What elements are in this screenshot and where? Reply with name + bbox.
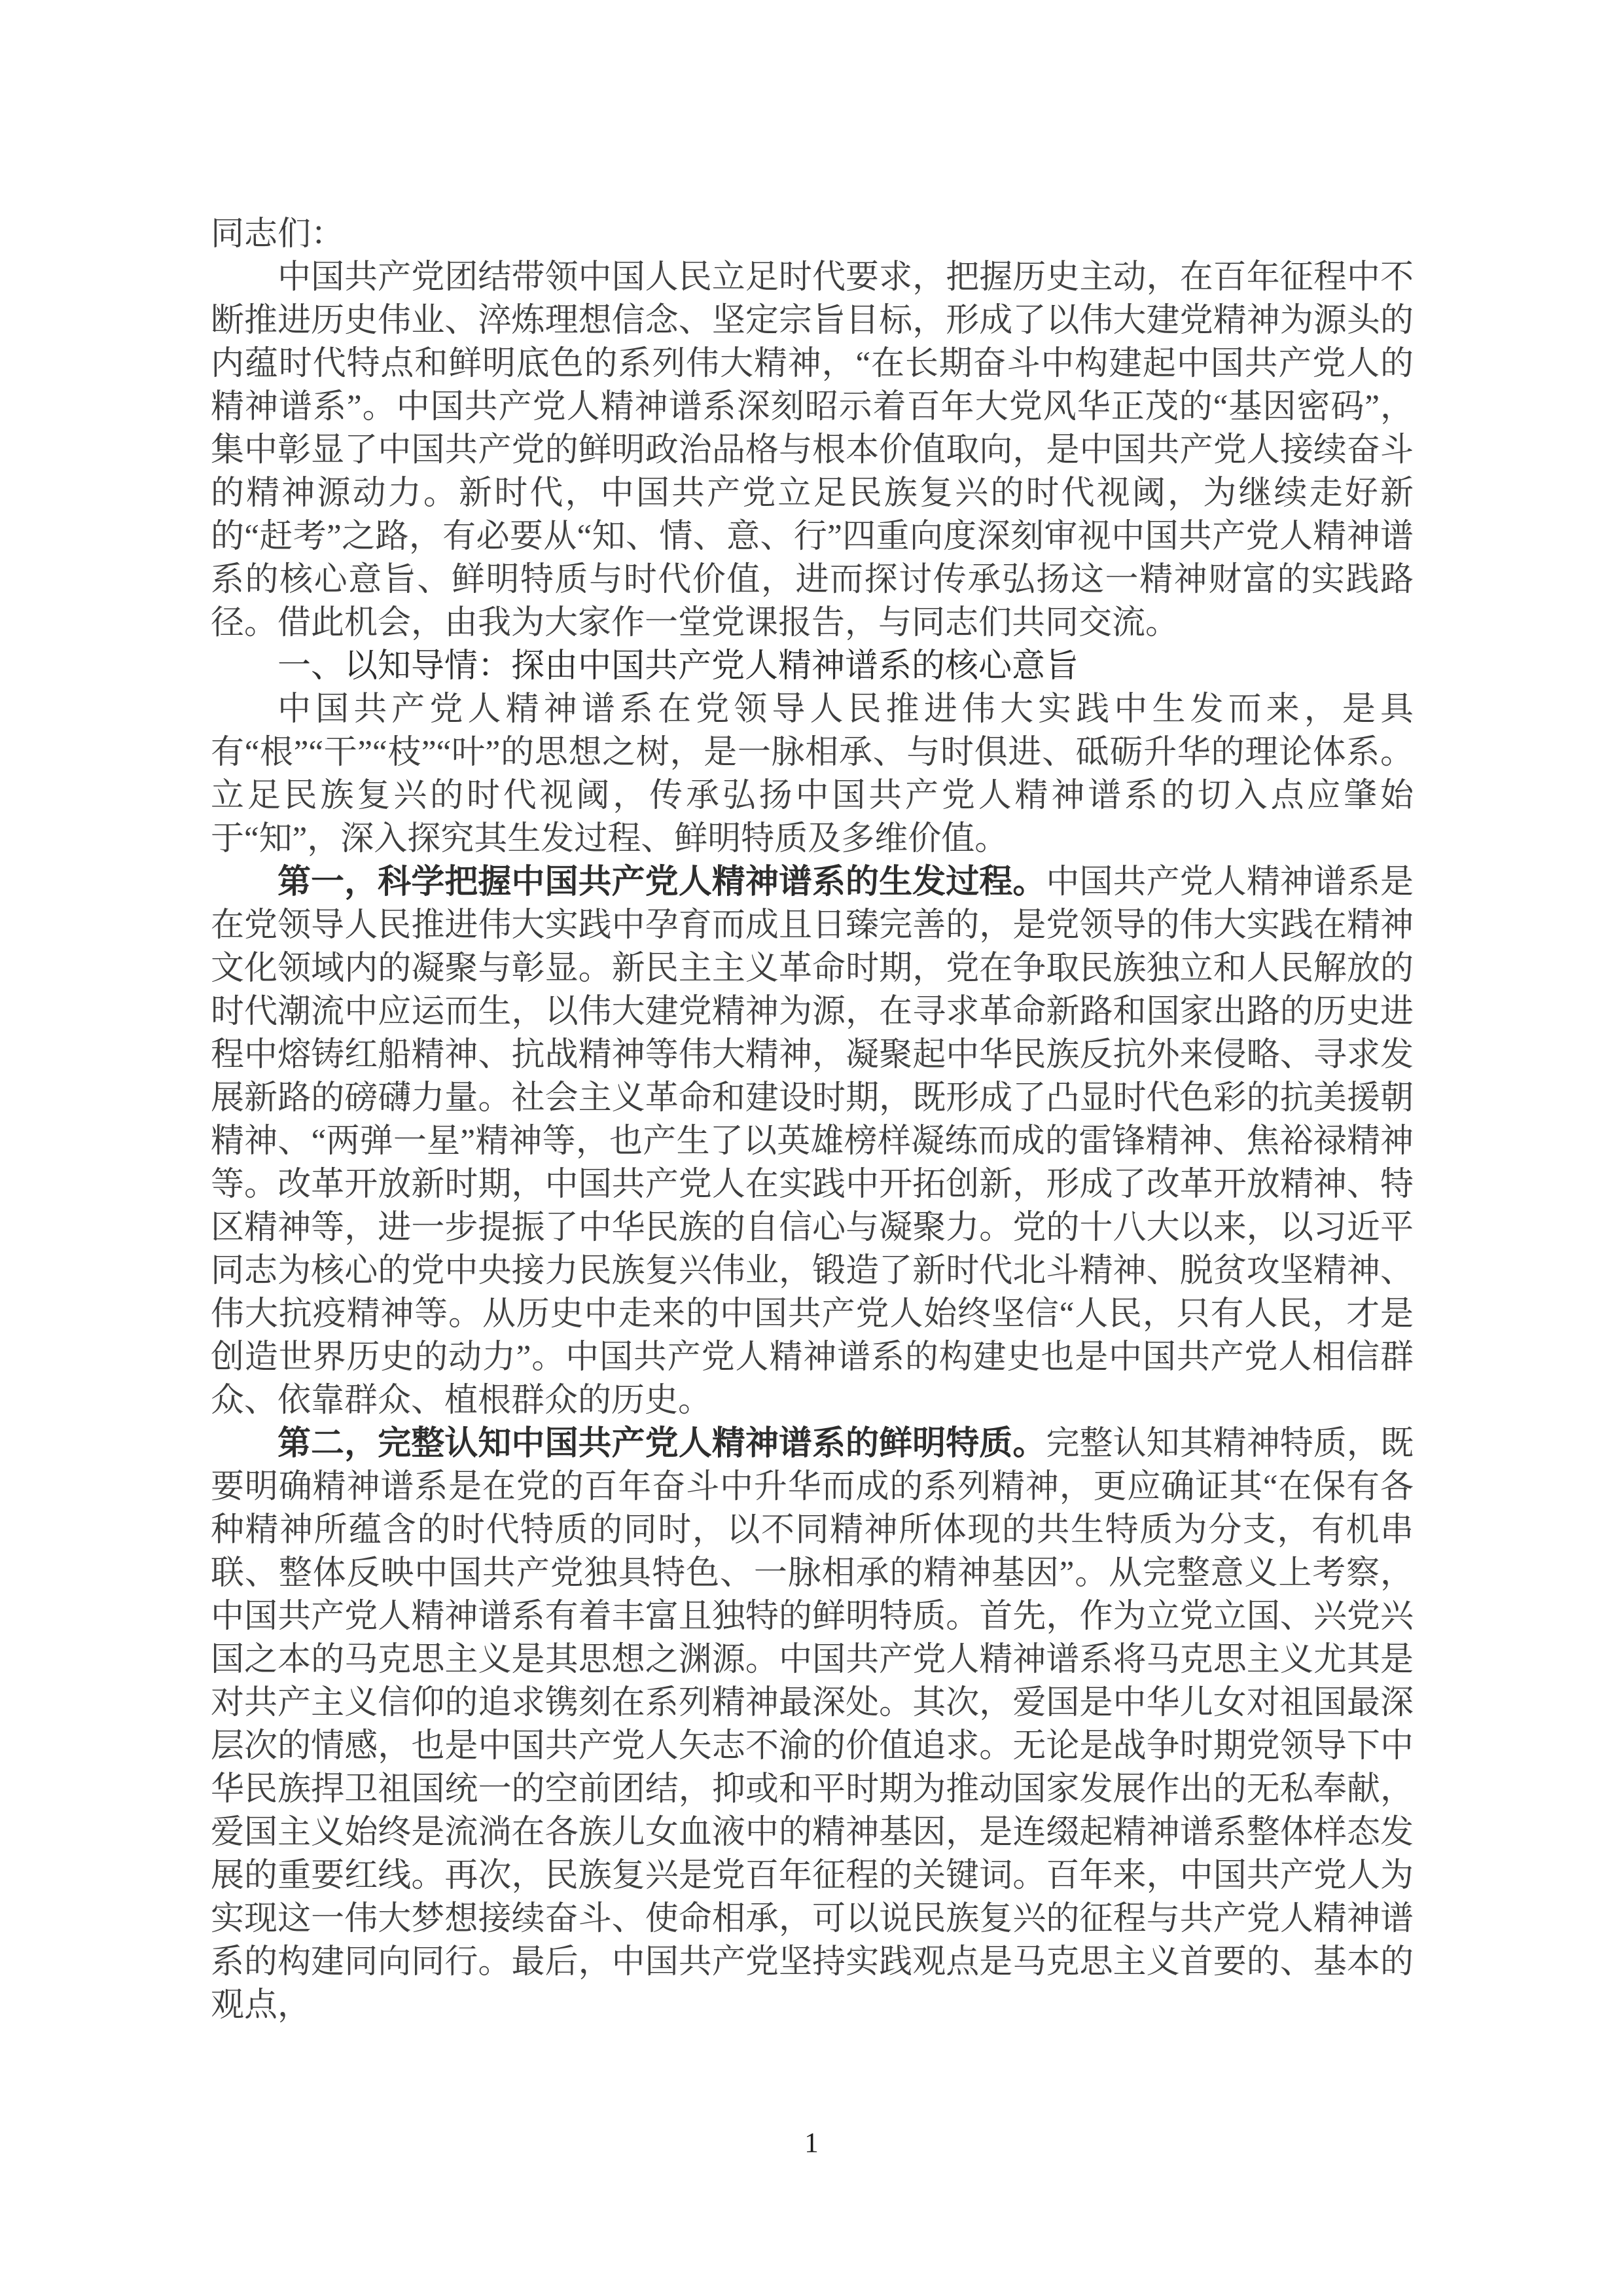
point-2-lead: 第二，完整认知中国共产党人精神谱系的鲜明特质。	[277, 1426, 1046, 1462]
point-2-text: 完整认知其精神特质，既要明确精神谱系是在党的百年奋斗中升华而成的系列精神，更应确…	[211, 1426, 1414, 2024]
document-page: 同志们： 中国共产党团结带领中国人民立足时代要求，把握历史主动，在百年征程中不断…	[0, 0, 1623, 2296]
point-2-paragraph: 第二，完整认知中国共产党人精神谱系的鲜明特质。完整认知其精神特质，既要明确精神谱…	[211, 1422, 1414, 2027]
page-footer: 1	[0, 2129, 1623, 2157]
intro-paragraph: 中国共产党团结带领中国人民立足时代要求，把握历史主动，在百年征程中不断推进历史伟…	[211, 256, 1414, 645]
document-body: 同志们： 中国共产党团结带领中国人民立足时代要求，把握历史主动，在百年征程中不断…	[211, 213, 1414, 2027]
point-1-paragraph: 第一，科学把握中国共产党人精神谱系的生发过程。中国共产党人精神谱系是在党领导人民…	[211, 861, 1414, 1422]
salutation-line: 同志们：	[211, 213, 1414, 256]
page-number: 1	[804, 2128, 819, 2159]
section-1-heading: 一、以知导情：探由中国共产党人精神谱系的核心意旨	[211, 645, 1414, 688]
point-1-text: 中国共产党人精神谱系是在党领导人民推进伟大实践中孕育而成且日臻完善的，是党领导的…	[211, 864, 1414, 1419]
section-1-intro-paragraph: 中国共产党人精神谱系在党领导人民推进伟大实践中生发而来，是具有“根”“干”“枝”…	[211, 688, 1414, 861]
point-1-lead: 第一，科学把握中国共产党人精神谱系的生发过程。	[277, 864, 1046, 901]
